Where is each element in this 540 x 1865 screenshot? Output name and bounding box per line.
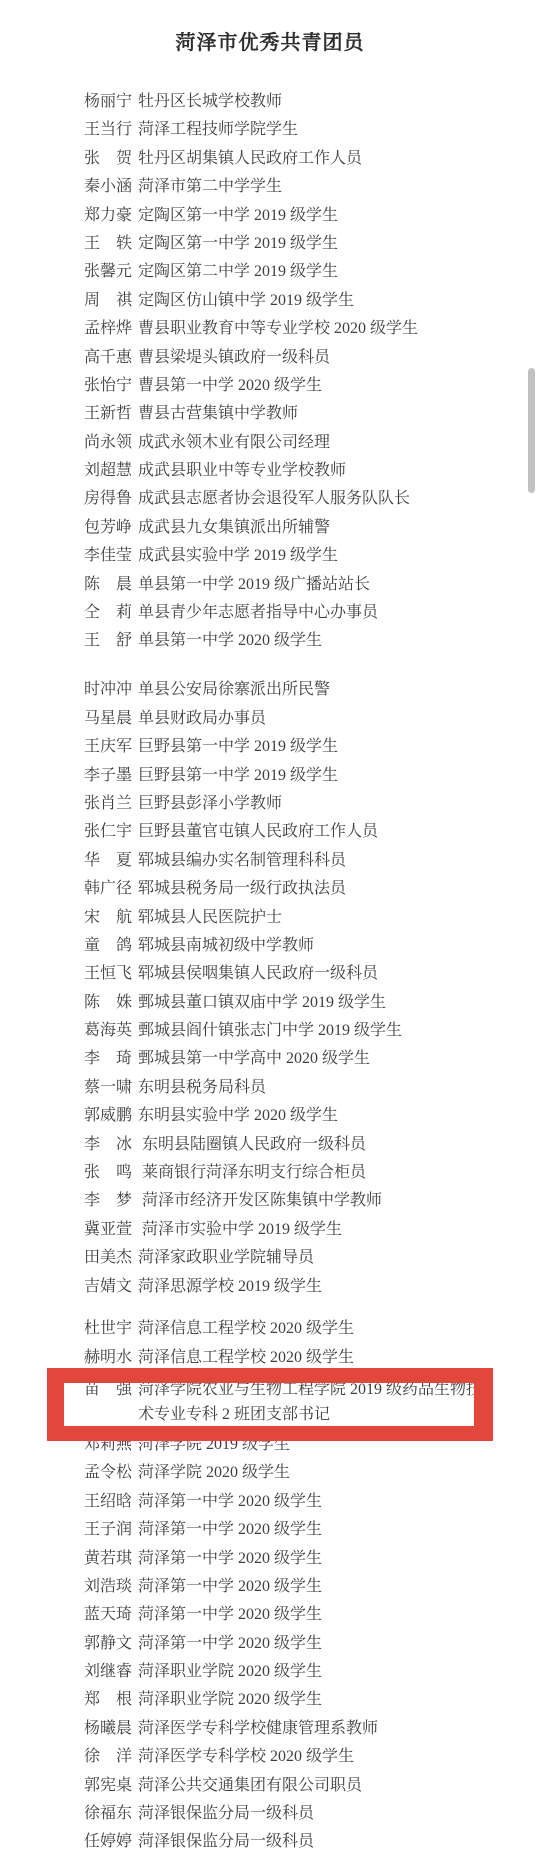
- member-name: 郑 根: [84, 1686, 138, 1714]
- member-affiliation: 菏泽职业学院 2020 级学生: [138, 1691, 322, 1708]
- member-affiliation: 东明县实验中学 2020 级学生: [138, 1107, 338, 1124]
- list-item: 张肖兰巨野县彭泽小学教师: [0, 790, 540, 818]
- list-item: 刘超慧成武县职业中等专业学校教师: [0, 457, 540, 485]
- member-affiliation: 菏泽学院农业与生物工程学院 2019 级药品生物技术专业专科 2 班团支部书记: [138, 1377, 482, 1427]
- member-affiliation: 菏泽第一中学 2020 级学生: [138, 1550, 322, 1567]
- member-affiliation: 郓城县人民医院护士: [138, 909, 282, 926]
- list-item: 周 祺定陶区仿山镇中学 2019 级学生: [0, 287, 540, 315]
- member-affiliation: 定陶区第二中学 2019 级学生: [138, 263, 338, 280]
- member-name: 陈 姝: [84, 989, 138, 1017]
- member-affiliation: 菏泽信息工程学校 2020 级学生: [138, 1349, 354, 1366]
- member-affiliation: 曹县梁堤头镇政府一级科员: [138, 349, 330, 366]
- member-name: 王子润: [84, 1516, 138, 1544]
- list-item: 杨丽宁牡丹区长城学校教师: [0, 88, 540, 116]
- list-item: 陈 姝鄄城县董口镇双庙中学 2019 级学生: [0, 989, 540, 1017]
- group-spacer: [0, 1301, 540, 1315]
- member-affiliation: 成武县实验中学 2019 级学生: [138, 547, 338, 564]
- member-affiliation: 菏泽第一中学 2020 级学生: [138, 1578, 322, 1595]
- member-name: 黄若琪: [84, 1545, 138, 1573]
- member-name: 刘超慧: [84, 457, 138, 485]
- member-affiliation: 菏泽第一中学 2020 级学生: [138, 1635, 322, 1652]
- member-name: 王当行: [84, 116, 138, 144]
- list-item: 李 梦 菏泽市经济开发区陈集镇中学教师: [0, 1187, 540, 1215]
- list-item: 郑 根菏泽职业学院 2020 级学生: [0, 1686, 540, 1714]
- member-name: 赫明水: [84, 1344, 138, 1372]
- group-spacer: [0, 656, 540, 677]
- list-item: 华 夏郓城县编办实名制管理科科员: [0, 847, 540, 875]
- member-name: 刘浩琰: [84, 1573, 138, 1601]
- member-affiliation: 牡丹区长城学校教师: [138, 93, 282, 110]
- list-item: 时冲冲单县公安局徐寨派出所民警: [0, 676, 540, 704]
- member-name: 仝 莉: [84, 599, 138, 627]
- member-affiliation: 菏泽银保监分局一级科员: [138, 1833, 314, 1850]
- member-name: 李 冰: [84, 1131, 138, 1159]
- member-name: 包芳峥: [84, 514, 138, 542]
- list-item: 李 琦鄄城县第一中学高中 2020 级学生: [0, 1045, 540, 1073]
- list-item: 仝 莉单县青少年志愿者指导中心办事员: [0, 599, 540, 627]
- member-affiliation: 单县财政局办事员: [138, 710, 266, 727]
- member-name: 张馨元: [84, 258, 138, 286]
- list-item: 韩广径郓城县税务局一级行政执法员: [0, 875, 540, 903]
- member-affiliation: 曹县职业教育中等专业学校 2020 级学生: [138, 320, 418, 337]
- member-affiliation: 东明县陆圈镇人民政府一级科员: [138, 1136, 366, 1153]
- list-item: 陈 晨单县第一中学 2019 级广播站站长: [0, 571, 540, 599]
- member-name: 杜世宇: [84, 1315, 138, 1343]
- member-name: 李佳莹: [84, 542, 138, 570]
- member-name: 孟梓烨: [84, 315, 138, 343]
- list-item: 李 冰 东明县陆圈镇人民政府一级科员: [0, 1131, 540, 1159]
- member-affiliation: 菏泽信息工程学校 2020 级学生: [138, 1320, 354, 1337]
- list-item: 秦小涵菏泽市第二中学学生: [0, 173, 540, 201]
- member-affiliation: 菏泽第一中学 2020 级学生: [138, 1606, 322, 1623]
- list-item: 徐福东菏泽银保监分局一级科员: [0, 1800, 540, 1828]
- member-name: 王庆军: [84, 733, 138, 761]
- list-item: 包芳峥成武县九女集镇派出所辅警: [0, 514, 540, 542]
- member-affiliation: 单县第一中学 2019 级广播站站长: [138, 576, 370, 593]
- member-name: 杨曦晨: [84, 1715, 138, 1743]
- scrollbar-thumb[interactable]: [528, 368, 535, 493]
- list-item: 张 贺牡丹区胡集镇人民政府工作人员: [0, 145, 540, 173]
- member-name: 徐 洋: [84, 1743, 138, 1771]
- member-name: 华 夏: [84, 847, 138, 875]
- member-affiliation: 菏泽思源学校 2019 级学生: [138, 1278, 322, 1295]
- member-affiliation: 成武县九女集镇派出所辅警: [138, 519, 330, 536]
- member-affiliation: 菏泽第一中学 2020 级学生: [138, 1521, 322, 1538]
- list-item-highlighted: 苗 强菏泽学院农业与生物工程学院 2019 级药品生物技术专业专科 2 班团支部…: [0, 1372, 540, 1427]
- member-name: 刘继睿: [84, 1658, 138, 1686]
- member-affiliation: 菏泽职业学院 2020 级学生: [138, 1663, 322, 1680]
- list-item: 田美杰菏泽家政职业学院辅导员: [0, 1244, 540, 1272]
- member-affiliation-line: 菏泽学院农业与生物工程学院 2019 级药品生物技: [138, 1377, 482, 1402]
- member-name: 郭宪桌: [84, 1772, 138, 1800]
- list-item: 童 鸽郓城县南城初级中学教师: [0, 932, 540, 960]
- list-item: 李子墨巨野县第一中学 2019 级学生: [0, 762, 540, 790]
- member-name: 秦小涵: [84, 173, 138, 201]
- list-item: 王绍晗菏泽第一中学 2020 级学生: [0, 1488, 540, 1516]
- member-name: 尚永领: [84, 429, 138, 457]
- list-item: 蔡一啸东明县税务局科员: [0, 1074, 540, 1102]
- member-affiliation: 郓城县编办实名制管理科科员: [138, 852, 346, 869]
- member-affiliation: 单县青少年志愿者指导中心办事员: [138, 604, 378, 621]
- member-affiliation: 菏泽银保监分局一级科员: [138, 1805, 314, 1822]
- member-affiliation: 菏泽学院 2020 级学生: [138, 1464, 290, 1481]
- member-affiliation: 菏泽工程技师学院学生: [138, 121, 298, 138]
- member-name: 冀亚萱: [84, 1216, 138, 1244]
- member-affiliation: 菏泽第一中学 2020 级学生: [138, 1493, 322, 1510]
- member-name: 张 鸣: [84, 1159, 138, 1187]
- list-item: 郭静文菏泽第一中学 2020 级学生: [0, 1630, 540, 1658]
- list-item: 刘浩琰菏泽第一中学 2020 级学生: [0, 1573, 540, 1601]
- list-item: 孟梓烨曹县职业教育中等专业学校 2020 级学生: [0, 315, 540, 343]
- member-name: 张怡宁: [84, 372, 138, 400]
- member-name: 王新哲: [84, 400, 138, 428]
- list-item: 张馨元定陶区第二中学 2019 级学生: [0, 258, 540, 286]
- member-name: 徐福东: [84, 1800, 138, 1828]
- member-name: 蔡一啸: [84, 1074, 138, 1102]
- member-name: 王绍晗: [84, 1488, 138, 1516]
- member-affiliation: 定陶区仿山镇中学 2019 级学生: [138, 292, 354, 309]
- list-item: 王庆军巨野县第一中学 2019 级学生: [0, 733, 540, 761]
- member-name: 郭静文: [84, 1630, 138, 1658]
- member-affiliation: 定陶区第一中学 2019 级学生: [138, 235, 338, 252]
- member-affiliation: 菏泽市经济开发区陈集镇中学教师: [138, 1192, 382, 1209]
- member-affiliation-line: 术专业专科 2 班团支部书记: [138, 1402, 482, 1427]
- member-affiliation: 菏泽医学专科学校健康管理系教师: [138, 1720, 378, 1737]
- list-item: 王 舒单县第一中学 2020 级学生: [0, 627, 540, 655]
- member-affiliation: 鄄城县阎什镇张志门中学 2019 级学生: [138, 1022, 402, 1039]
- list-item: 杨曦晨菏泽医学专科学校健康管理系教师: [0, 1715, 540, 1743]
- list-item: 郭威鹏东明县实验中学 2020 级学生: [0, 1102, 540, 1130]
- member-affiliation: 单县公安局徐寨派出所民警: [138, 681, 330, 698]
- member-affiliation: 菏泽学院 2019 级学生: [138, 1436, 290, 1453]
- list-item: 马星晨单县财政局办事员: [0, 705, 540, 733]
- list-item: 李佳莹成武县实验中学 2019 级学生: [0, 542, 540, 570]
- list-item: 张怡宁曹县第一中学 2020 级学生: [0, 372, 540, 400]
- list-item: 孟令松菏泽学院 2020 级学生: [0, 1459, 540, 1487]
- member-name: 邓莉燕: [84, 1431, 138, 1459]
- list-item: 王 轶定陶区第一中学 2019 级学生: [0, 230, 540, 258]
- list-item: 吉婧文菏泽思源学校 2019 级学生: [0, 1273, 540, 1301]
- list-item: 张 鸣 莱商银行菏泽东明支行综合柜员: [0, 1159, 540, 1187]
- member-name: 宋 航: [84, 904, 138, 932]
- member-name: 王恒飞: [84, 960, 138, 988]
- member-affiliation: 牡丹区胡集镇人民政府工作人员: [138, 150, 362, 167]
- member-affiliation: 菏泽医学专科学校 2020 级学生: [138, 1748, 354, 1765]
- list-item: 冀亚萱 菏泽市实验中学 2019 级学生: [0, 1216, 540, 1244]
- member-affiliation: 鄄城县第一中学高中 2020 级学生: [138, 1050, 370, 1067]
- member-name: 张肖兰: [84, 790, 138, 818]
- list-item: 徐 洋菏泽医学专科学校 2020 级学生: [0, 1743, 540, 1771]
- list-item: 宋 航郓城县人民医院护士: [0, 904, 540, 932]
- member-name: 张仁宇: [84, 818, 138, 846]
- list-item: 王当行菏泽工程技师学院学生: [0, 116, 540, 144]
- list-item: 王恒飞郓城县侯咽集镇人民政府一级科员: [0, 960, 540, 988]
- member-name: 王 轶: [84, 230, 138, 258]
- member-name: 时冲冲: [84, 676, 138, 704]
- member-affiliation: 菏泽公共交通集团有限公司职员: [138, 1777, 362, 1794]
- member-affiliation: 成武县志愿者协会退役军人服务队队长: [138, 490, 410, 507]
- member-name: 房得鲁: [84, 485, 138, 513]
- list-item: 高千惠曹县梁堤头镇政府一级科员: [0, 344, 540, 372]
- list-item: 葛海英鄄城县阎什镇张志门中学 2019 级学生: [0, 1017, 540, 1045]
- member-affiliation: 单县第一中学 2020 级学生: [138, 632, 322, 649]
- member-name: 李 琦: [84, 1045, 138, 1073]
- list-item: 王子润菏泽第一中学 2020 级学生: [0, 1516, 540, 1544]
- member-affiliation: 成武永领木业有限公司经理: [138, 434, 330, 451]
- member-list: 杨丽宁牡丹区长城学校教师王当行菏泽工程技师学院学生张 贺牡丹区胡集镇人民政府工作…: [0, 88, 540, 1857]
- member-affiliation: 郓城县南城初级中学教师: [138, 937, 314, 954]
- member-name: 高千惠: [84, 344, 138, 372]
- member-name: 韩广径: [84, 875, 138, 903]
- member-affiliation: 菏泽市第二中学学生: [138, 178, 282, 195]
- member-name: 陈 晨: [84, 571, 138, 599]
- member-name: 任婷婷: [84, 1828, 138, 1856]
- list-item: 房得鲁成武县志愿者协会退役军人服务队队长: [0, 485, 540, 513]
- list-item: 黄若琪菏泽第一中学 2020 级学生: [0, 1545, 540, 1573]
- list-item: 邓莉燕菏泽学院 2019 级学生: [0, 1431, 540, 1459]
- member-affiliation: 莱商银行菏泽东明支行综合柜员: [138, 1164, 366, 1181]
- list-item: 郭宪桌菏泽公共交通集团有限公司职员: [0, 1772, 540, 1800]
- member-name: 马星晨: [84, 705, 138, 733]
- list-item: 蓝天琦菏泽第一中学 2020 级学生: [0, 1601, 540, 1629]
- member-affiliation: 曹县第一中学 2020 级学生: [138, 377, 322, 394]
- member-name: 张 贺: [84, 145, 138, 173]
- document-page: 菏泽市优秀共青团员 杨丽宁牡丹区长城学校教师王当行菏泽工程技师学院学生张 贺牡丹…: [0, 0, 540, 1865]
- member-name: 葛海英: [84, 1017, 138, 1045]
- list-item: 任婷婷菏泽银保监分局一级科员: [0, 1828, 540, 1856]
- member-name: 童 鸽: [84, 932, 138, 960]
- member-affiliation: 曹县古营集镇中学教师: [138, 405, 298, 422]
- member-name: 郭威鹏: [84, 1102, 138, 1130]
- member-affiliation: 定陶区第一中学 2019 级学生: [138, 207, 338, 224]
- member-name: 吉婧文: [84, 1273, 138, 1301]
- member-affiliation: 鄄城县董口镇双庙中学 2019 级学生: [138, 994, 386, 1011]
- member-name: 郑力豪: [84, 202, 138, 230]
- member-affiliation: 郓城县侯咽集镇人民政府一级科员: [138, 965, 378, 982]
- member-affiliation: 菏泽家政职业学院辅导员: [138, 1249, 314, 1266]
- list-item: 王新哲曹县古营集镇中学教师: [0, 400, 540, 428]
- member-name: 孟令松: [84, 1459, 138, 1487]
- member-affiliation: 巨野县董官屯镇人民政府工作人员: [138, 823, 378, 840]
- member-name: 苗 强: [84, 1377, 138, 1402]
- member-name: 蓝天琦: [84, 1601, 138, 1629]
- member-affiliation: 郓城县税务局一级行政执法员: [138, 880, 346, 897]
- list-item: 杜世宇菏泽信息工程学校 2020 级学生: [0, 1315, 540, 1343]
- member-name: 杨丽宁: [84, 88, 138, 116]
- member-name: 王 舒: [84, 627, 138, 655]
- member-name: 周 祺: [84, 287, 138, 315]
- list-item: 郑力豪定陶区第一中学 2019 级学生: [0, 202, 540, 230]
- list-item: 张仁宇巨野县董官屯镇人民政府工作人员: [0, 818, 540, 846]
- member-affiliation: 菏泽市实验中学 2019 级学生: [138, 1221, 342, 1238]
- member-affiliation: 巨野县彭泽小学教师: [138, 795, 282, 812]
- member-name: 李子墨: [84, 762, 138, 790]
- list-item: 刘继睿菏泽职业学院 2020 级学生: [0, 1658, 540, 1686]
- list-item: 尚永领成武永领木业有限公司经理: [0, 429, 540, 457]
- page-title: 菏泽市优秀共青团员: [0, 26, 540, 55]
- member-affiliation: 成武县职业中等专业学校教师: [138, 462, 346, 479]
- list-item: 赫明水菏泽信息工程学校 2020 级学生: [0, 1344, 540, 1372]
- member-affiliation: 巨野县第一中学 2019 级学生: [138, 738, 338, 755]
- member-affiliation: 东明县税务局科员: [138, 1079, 266, 1096]
- member-name: 李 梦: [84, 1187, 138, 1215]
- member-affiliation: 巨野县第一中学 2019 级学生: [138, 767, 338, 784]
- member-name: 田美杰: [84, 1244, 138, 1272]
